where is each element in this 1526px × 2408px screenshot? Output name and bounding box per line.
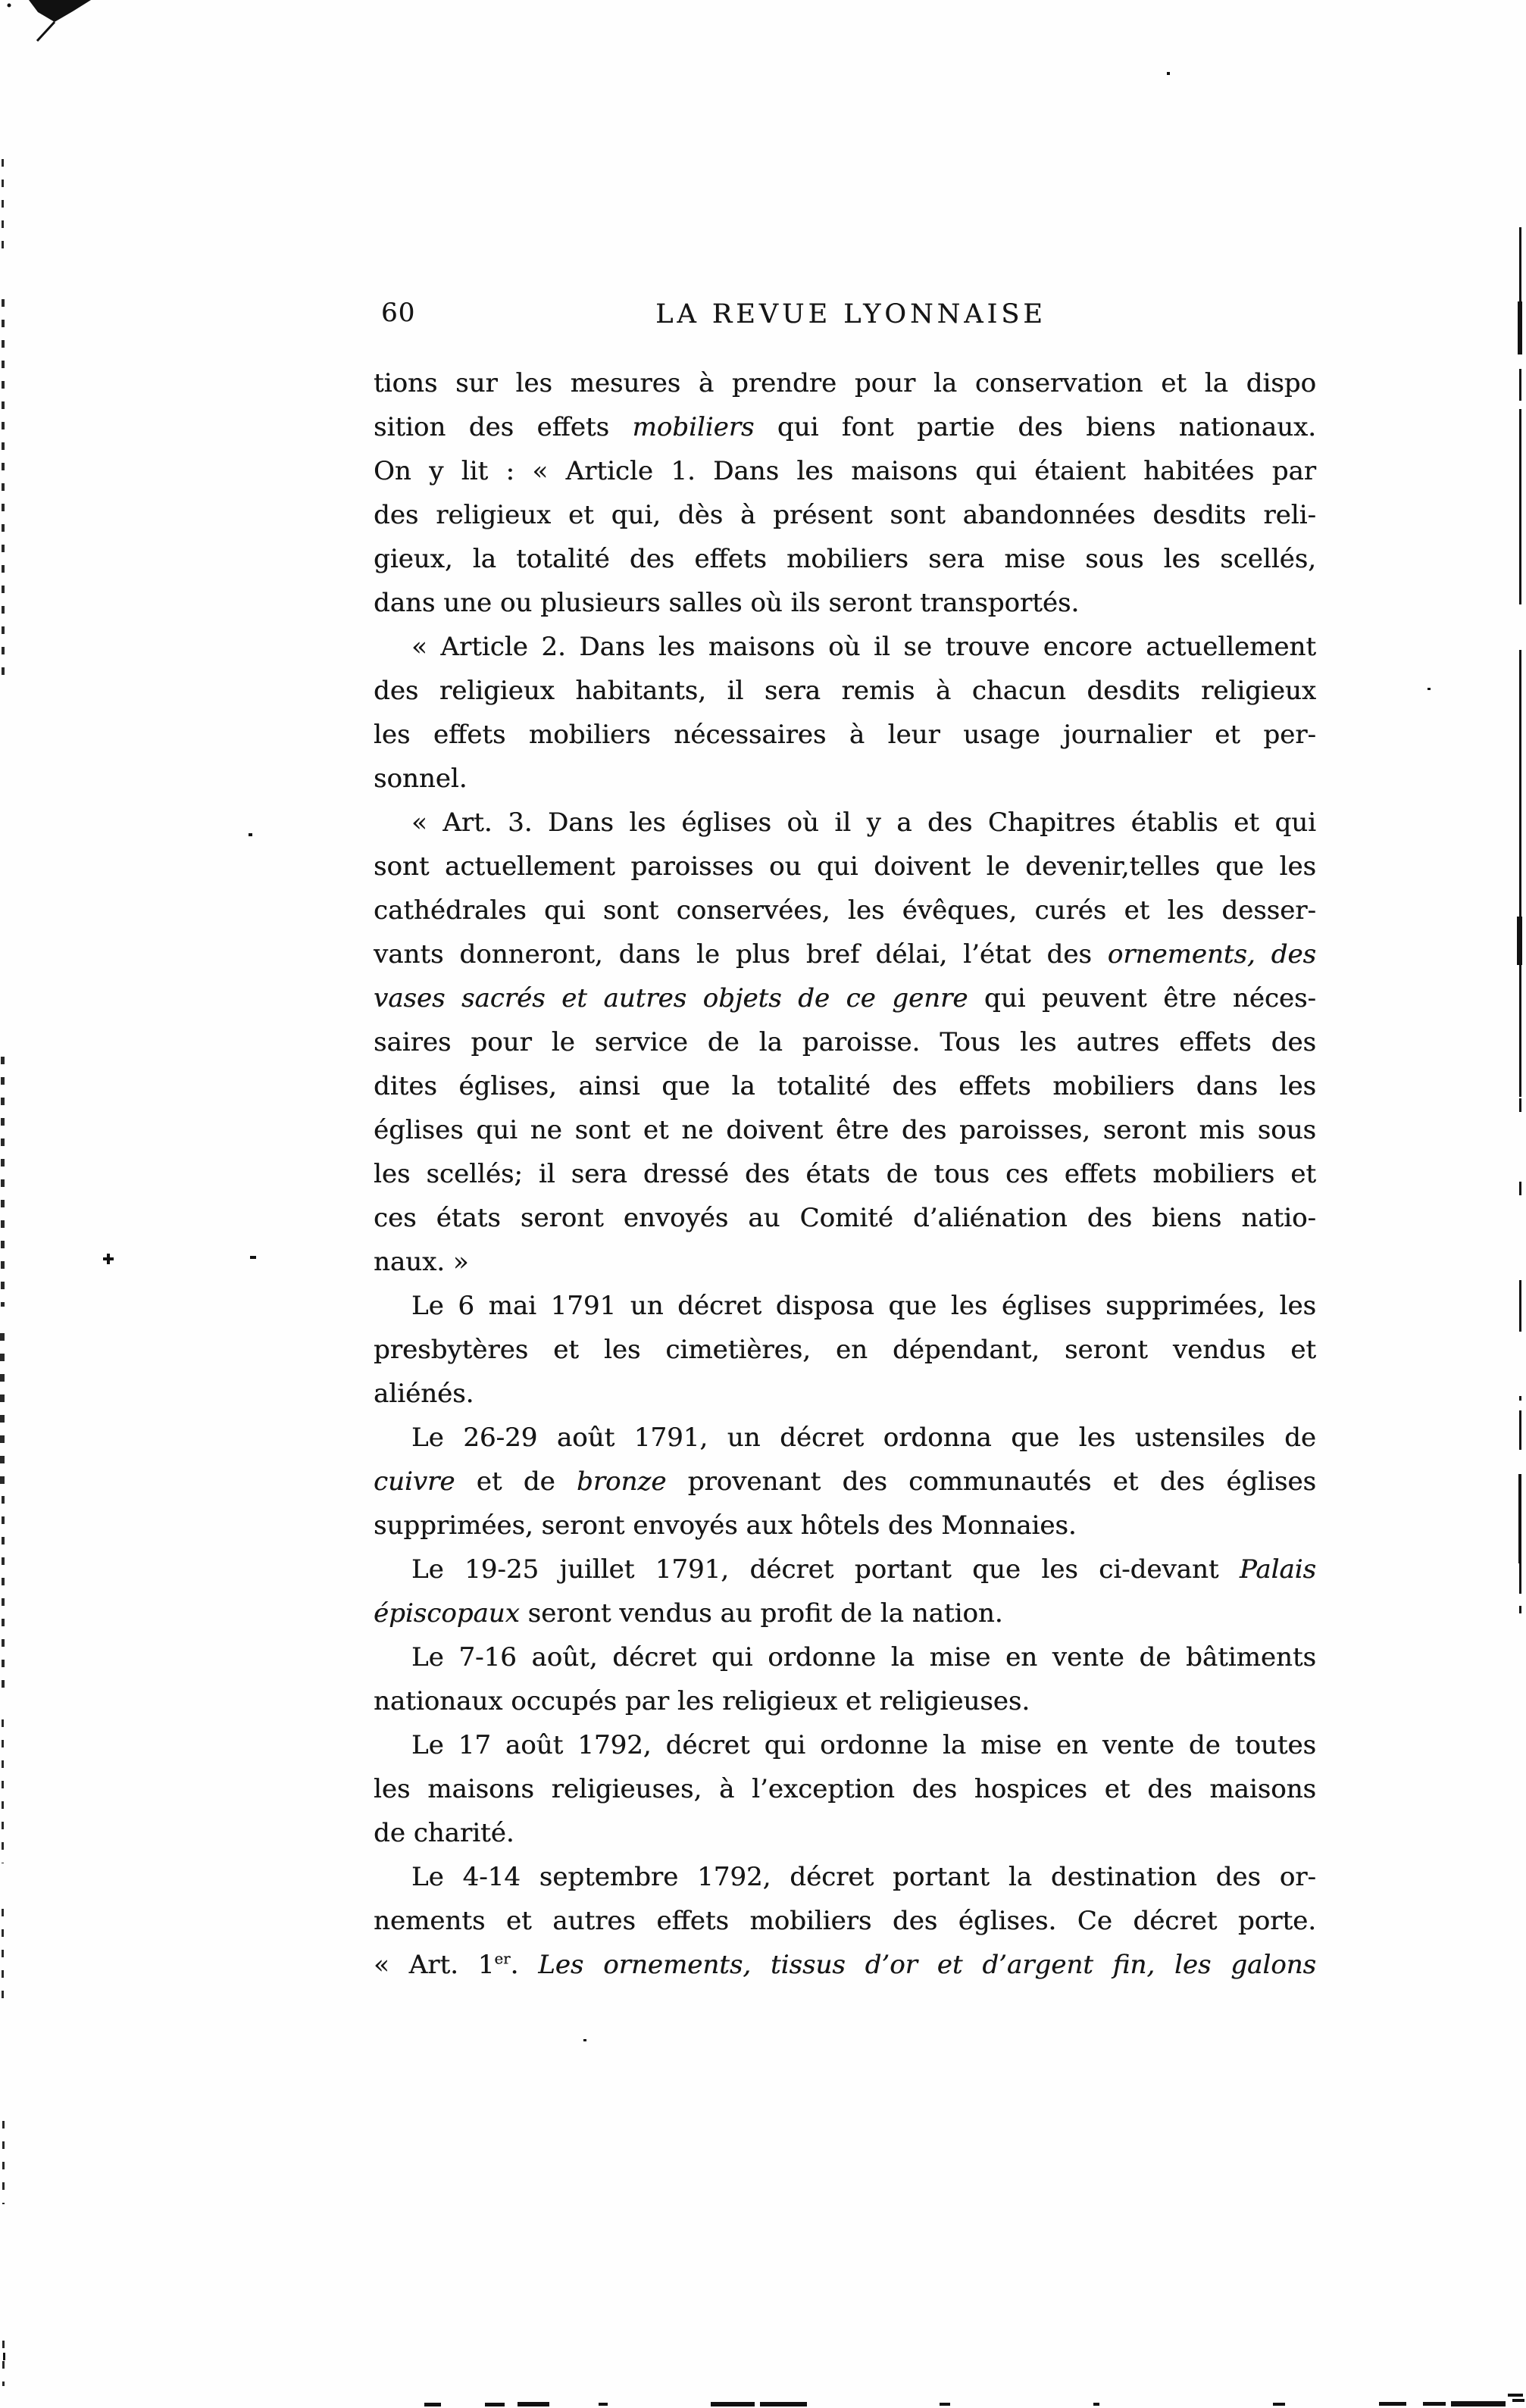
text-segment: cuivre: [374, 1466, 455, 1497]
bottom-edge-artifact: [1423, 2402, 1446, 2406]
page-number: 60: [381, 298, 415, 328]
text-segment: sont actuellement paroisses ou qui doive…: [374, 851, 1316, 882]
scanned-page: 60 LA REVUE LYONNAISE tions sur les mesu…: [0, 0, 1526, 2408]
text-line: « Art. 1er. Les ornements, tissus d’or e…: [374, 1943, 1316, 1987]
page-edge-line-artifact: [1519, 1606, 1521, 1613]
text-segment: presbytères et les cimetières, en dépend…: [374, 1335, 1316, 1365]
page-edge-line-artifact: [1519, 1410, 1521, 1450]
text-line: de charité.: [374, 1811, 1316, 1855]
text-segment: Le 7-16 août, décret qui ordonne la mise…: [411, 1642, 1316, 1672]
text-line: On y lit : « Article 1. Dans les maisons…: [374, 449, 1316, 493]
page-edge-line-artifact: [1519, 369, 1521, 401]
text-line: « Art. 3. Dans les églises où il y a des…: [374, 801, 1316, 845]
text-segment: « Article 2. Dans les maisons où il se t…: [411, 632, 1316, 662]
binding-marks-artifact: [2, 2341, 5, 2386]
binding-marks-artifact: [1, 1057, 5, 1307]
page-edge-line-artifact: [1519, 650, 1521, 1097]
text-segment: aliénés.: [374, 1379, 474, 1409]
ink-blot-artifact: [0, 0, 106, 47]
binding-marks-artifact: [2, 159, 4, 258]
text-segment: bronze: [577, 1466, 666, 1497]
text-segment: Palais: [1240, 1554, 1316, 1585]
text-segment: Le 4-14 septembre 1792, décret portant l…: [411, 1862, 1316, 1892]
text-line: des religieux habitants, il sera remis à…: [374, 669, 1316, 713]
speck-artifact: [1427, 688, 1431, 690]
bottom-edge-artifact: [1508, 2394, 1523, 2397]
text-line: dites églises, ainsi que la totalité des…: [374, 1064, 1316, 1108]
page-edge-line-artifact: [1519, 1280, 1521, 1332]
text-line: sition des effets mobiliers qui font par…: [374, 405, 1316, 449]
bottom-edge-artifact: [760, 2402, 807, 2406]
text-line: cuivre et de bronze provenant des commun…: [374, 1460, 1316, 1504]
page-edge-line-artifact: [1518, 1474, 1521, 1563]
text-segment: les scellés; il sera dressé des états de…: [374, 1159, 1316, 1189]
text-line: les maisons religieuses, à l’exception d…: [374, 1767, 1316, 1811]
bottom-edge-artifact: [1273, 2403, 1285, 2406]
text-line: naux. »: [374, 1240, 1316, 1284]
page-edge-line-artifact: [1517, 917, 1522, 965]
text-line: nationaux occupés par les religieux et r…: [374, 1679, 1316, 1723]
text-segment: des religieux et qui, dès à présent sont…: [374, 500, 1316, 530]
bottom-edge-artifact: [1451, 2401, 1506, 2406]
text-line: saires pour le service de la paroisse. T…: [374, 1020, 1316, 1064]
text-line: églises qui ne sont et ne doivent être d…: [374, 1108, 1316, 1152]
binding-marks-artifact: [2, 299, 5, 686]
text-segment: qui font partie des biens nationaux.: [754, 412, 1316, 442]
text-segment: er: [494, 1950, 510, 1968]
text-segment: « Art. 1: [374, 1950, 494, 1980]
text-segment: de charité.: [374, 1818, 514, 1848]
text-segment: sonnel.: [374, 764, 467, 794]
text-line: Le 4-14 septembre 1792, décret portant l…: [374, 1855, 1316, 1899]
text-line: sont actuellement paroisses ou qui doive…: [374, 845, 1316, 889]
text-segment: « Art. 3. Dans les églises où il y a des…: [411, 807, 1316, 838]
text-segment: provenant des communautés et des églises: [666, 1466, 1316, 1497]
bottom-edge-artifact: [518, 2402, 549, 2406]
text-line: vants donneront, dans le plus bref délai…: [374, 932, 1316, 976]
text-line: presbytères et les cimetières, en dépend…: [374, 1328, 1316, 1372]
text-segment: saires pour le service de la paroisse. T…: [374, 1027, 1316, 1057]
text-segment: .: [511, 1950, 539, 1980]
text-segment: Le 17 août 1792, décret qui ordonne la m…: [411, 1730, 1316, 1760]
bottom-edge-artifact: [485, 2403, 505, 2406]
text-line: Le 7-16 août, décret qui ordonne la mise…: [374, 1635, 1316, 1679]
speck-artifact: [249, 833, 252, 836]
text-segment: vases sacrés et autres objets de ce genr…: [374, 983, 968, 1013]
text-line: nements et autres effets mobiliers des é…: [374, 1899, 1316, 1943]
text-segment: les maisons religieuses, à l’exception d…: [374, 1774, 1316, 1804]
text-segment: ornements, des: [1108, 939, 1316, 970]
page-edge-line-artifact: [1519, 1396, 1521, 1401]
binding-marks-artifact: [2, 2121, 5, 2204]
page-header: 60 LA REVUE LYONNAISE: [374, 298, 1316, 331]
binding-marks-artifact: [2, 1909, 4, 2000]
bottom-edge-artifact: [711, 2402, 755, 2406]
bottom-edge-artifact: [599, 2403, 608, 2406]
journal-title: LA REVUE LYONNAISE: [655, 299, 1046, 329]
text-line: supprimées, seront envoyés aux hôtels de…: [374, 1504, 1316, 1548]
text-line: dans une ou plusieurs salles où ils sero…: [374, 581, 1316, 625]
bottom-edge-artifact: [1379, 2402, 1406, 2406]
text-line: tions sur les mesures à prendre pour la …: [374, 361, 1316, 405]
speck-artifact: [1167, 72, 1170, 75]
binding-marks-artifact: [2, 1496, 5, 1701]
text-segment: mobiliers: [632, 412, 754, 442]
bottom-edge-artifact: [424, 2403, 441, 2406]
bottom-edge-artifact: [1512, 2399, 1524, 2402]
text-line: Le 17 août 1792, décret qui ordonne la m…: [374, 1723, 1316, 1767]
text-line: Le 19-25 juillet 1791, décret portant qu…: [374, 1548, 1316, 1591]
page-edge-line-artifact: [1519, 409, 1521, 604]
text-line: vases sacrés et autres objets de ce genr…: [374, 976, 1316, 1020]
text-segment: épiscopaux: [374, 1598, 520, 1629]
text-line: gieux, la totalité des effets mobiliers …: [374, 537, 1316, 581]
text-segment: et de: [455, 1466, 577, 1497]
page-edge-line-artifact: [1519, 1563, 1521, 1594]
text-segment: des religieux habitants, il sera remis à…: [374, 676, 1316, 706]
text-segment: cathédrales qui sont conservées, les évê…: [374, 895, 1316, 926]
text-line: Le 6 mai 1791 un décret disposa que les …: [374, 1284, 1316, 1328]
text-segment: Le 26-29 août 1791, un décret ordonna qu…: [411, 1423, 1316, 1453]
speck-artifact: [583, 2039, 586, 2041]
bottom-edge-artifact: [3, 2353, 5, 2360]
text-line: des religieux et qui, dès à présent sont…: [374, 493, 1316, 537]
text-segment: vants donneront, dans le plus bref délai…: [374, 939, 1108, 970]
text-segment: supprimées, seront envoyés aux hôtels de…: [374, 1510, 1077, 1541]
text-line: aliénés.: [374, 1372, 1316, 1416]
text-segment: naux. »: [374, 1247, 469, 1277]
bottom-edge-artifact: [1093, 2403, 1099, 2406]
body-text: tions sur les mesures à prendre pour la …: [374, 361, 1316, 1987]
text-line: épiscopaux seront vendus au profit de la…: [374, 1591, 1316, 1635]
text-line: les effets mobiliers nécessaires à leur …: [374, 713, 1316, 757]
bottom-edge-artifact: [940, 2403, 950, 2406]
speck-artifact: [107, 1254, 110, 1264]
text-segment: les effets mobiliers nécessaires à leur …: [374, 720, 1316, 750]
text-segment: gieux, la totalité des effets mobiliers …: [374, 544, 1316, 574]
text-segment: seront vendus au profit de la nation.: [520, 1598, 1003, 1629]
text-segment: nationaux occupés par les religieux et r…: [374, 1686, 1030, 1716]
text-segment: Le 19-25 juillet 1791, décret portant qu…: [411, 1554, 1240, 1585]
binding-marks-artifact: [0, 1333, 5, 1492]
text-segment: tions sur les mesures à prendre pour la …: [374, 368, 1316, 398]
text-segment: Les ornements, tissus d’or et d’argent f…: [538, 1950, 1316, 1980]
text-segment: On y lit : « Article 1. Dans les maisons…: [374, 456, 1316, 486]
page-edge-line-artifact: [1519, 1098, 1521, 1112]
text-segment: nements et autres effets mobiliers des é…: [374, 1906, 1316, 1936]
text-segment: dites églises, ainsi que la totalité des…: [374, 1071, 1316, 1101]
text-segment: sition des effets: [374, 412, 632, 442]
text-line: cathédrales qui sont conservées, les évê…: [374, 889, 1316, 932]
text-line: Le 26-29 août 1791, un décret ordonna qu…: [374, 1416, 1316, 1460]
page-edge-line-artifact: [1519, 1182, 1521, 1195]
text-line: « Article 2. Dans les maisons où il se t…: [374, 625, 1316, 669]
text-line: ces états seront envoyés au Comité d’ali…: [374, 1196, 1316, 1240]
text-segment: églises qui ne sont et ne doivent être d…: [374, 1115, 1316, 1145]
speck-artifact: [250, 1256, 256, 1259]
text-line: les scellés; il sera dressé des états de…: [374, 1152, 1316, 1196]
binding-marks-artifact: [2, 1719, 4, 1863]
text-segment: ces états seront envoyés au Comité d’ali…: [374, 1203, 1316, 1233]
page-edge-line-artifact: [1518, 301, 1522, 354]
text-segment: qui peuvent être néces-: [968, 983, 1316, 1013]
text-segment: dans une ou plusieurs salles où ils sero…: [374, 588, 1079, 618]
text-segment: Le 6 mai 1791 un décret disposa que les …: [411, 1291, 1316, 1321]
text-line: sonnel.: [374, 757, 1316, 801]
